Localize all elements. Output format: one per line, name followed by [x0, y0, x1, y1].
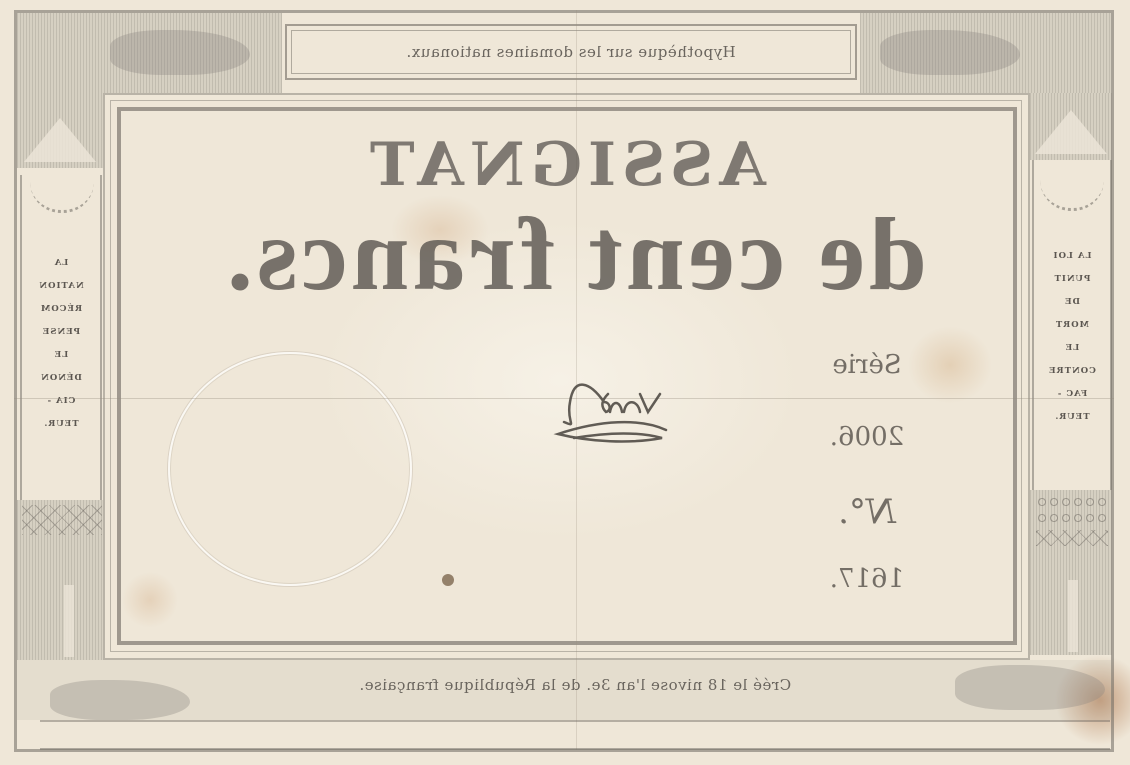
right-column-inscription: LA LOI PUNIT DE MORT LE CONTRE FAC - TEU… [1032, 245, 1112, 429]
serial-block: Série 2006. N°. 1617. [812, 350, 922, 594]
bottom-right-vignette-icon [955, 665, 1105, 710]
ink-stain [442, 574, 454, 586]
inscription-line: RÉCOM [20, 298, 102, 321]
reclining-figure-icon [880, 30, 1020, 75]
bottom-left-vignette-icon [50, 680, 190, 720]
inscription-line: CONTRE [1032, 360, 1112, 383]
ring-ornament-icon [1036, 494, 1108, 526]
bottom-rule [40, 720, 1110, 722]
inscription-line: TEUR. [1032, 406, 1112, 429]
top-label-text: Hypothèque sur les domaines nationaux. [406, 43, 736, 61]
inscription-line: LE [1032, 337, 1112, 360]
issue-date-text: Créé le 18 nivose l'an 3e. de la Républi… [200, 676, 950, 694]
inscription-line: NATION [20, 275, 102, 298]
pillar-icon [1068, 580, 1078, 652]
inscription-line: DÉNON [20, 367, 102, 390]
zigzag-ornament-icon [1036, 530, 1108, 546]
number-label: N°. [812, 492, 922, 532]
inscription-line: PUNIT [1032, 268, 1112, 291]
banknote: LA NATION RÉCOM PENSE LE DÉNON CIA - TEU… [0, 0, 1130, 765]
inscription-line: CIA - [20, 390, 102, 413]
pillar-icon [64, 585, 74, 657]
reclining-figure-icon [110, 30, 250, 75]
inscription-line: FAC - [1032, 383, 1112, 406]
denomination: de cent francs. [140, 190, 1010, 320]
inscription-line: LE [20, 344, 102, 367]
lattice-ornament-icon [22, 505, 102, 535]
inscription-line: LA LOI [1032, 245, 1112, 268]
embossed-seal-icon [168, 352, 412, 586]
left-column-inscription: LA NATION RÉCOM PENSE LE DÉNON CIA - TEU… [20, 252, 102, 436]
pyramid-level-icon [1035, 110, 1107, 154]
inscription-line: PENSE [20, 321, 102, 344]
serie-label: Série [812, 350, 922, 380]
top-label-box: Hypothèque sur les domaines nationaux. [285, 24, 857, 80]
inscription-line: LA [20, 252, 102, 275]
pyramid-level-icon [24, 118, 96, 162]
serie-number: 2006. [812, 422, 922, 452]
bottom-rule [40, 748, 1110, 750]
inscription-line: MORT [1032, 314, 1112, 337]
inscription-line: TEUR. [20, 413, 102, 436]
signature-icon [550, 372, 670, 452]
number-value: 1617. [812, 564, 922, 594]
inscription-line: DE [1032, 291, 1112, 314]
